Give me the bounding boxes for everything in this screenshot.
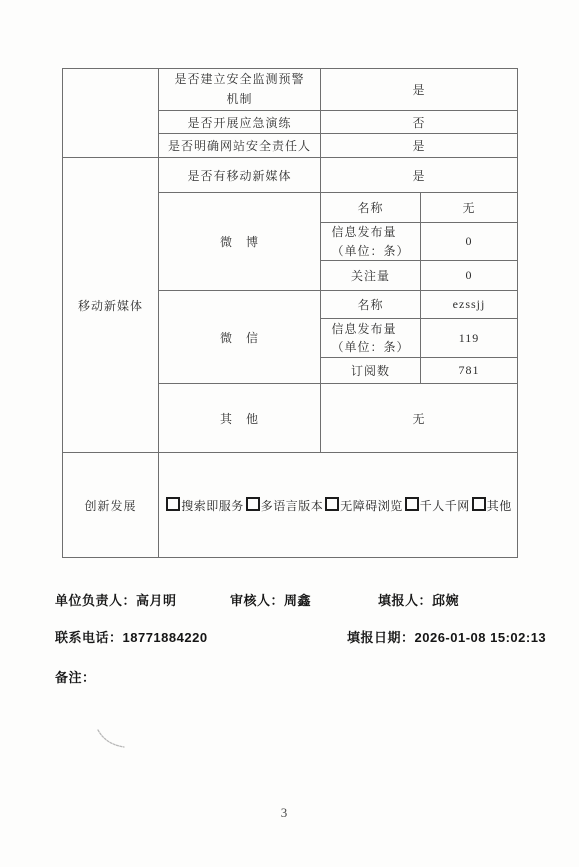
section-label-mobile-media: 移动新媒体 xyxy=(63,158,159,453)
unit-head-field: 单位负责人：高月明 xyxy=(55,590,177,609)
phone-field: 联系电话：18771884220 xyxy=(55,627,208,646)
phone-label: 联系电话： xyxy=(55,630,123,645)
wechat-posts-label: 信息发布量 （单位：条） xyxy=(321,319,421,358)
wechat-posts-value: 119 xyxy=(421,319,518,358)
wechat-label: 微 信 xyxy=(159,291,321,384)
unit-head-label: 单位负责人： xyxy=(55,593,136,608)
page-number: 3 xyxy=(270,805,298,821)
innovation-options-cell: 搜索即服务多语言版本无障碍浏览千人千网其他 xyxy=(159,453,518,558)
answer-emergency-drill: 否 xyxy=(321,111,518,134)
weibo-posts-value: 0 xyxy=(421,223,518,261)
weibo-followers-value: 0 xyxy=(421,261,518,291)
innovation-option-label: 千人千网 xyxy=(420,499,470,513)
weibo-followers-label: 关注量 xyxy=(321,261,421,291)
section-label-empty xyxy=(63,69,159,158)
wechat-subscribers-label: 订阅数 xyxy=(321,358,421,384)
weibo-name-label: 名称 xyxy=(321,193,421,223)
innovation-option-label: 多语言版本 xyxy=(261,499,324,513)
question-monitor-warning-label: 是否建立安全监测预警机制 xyxy=(170,70,310,108)
fill-date-label: 填报日期： xyxy=(347,630,415,645)
other-media-label: 其 他 xyxy=(159,384,321,453)
wechat-subscribers-value: 781 xyxy=(421,358,518,384)
filler-field: 填报人：邱婉 xyxy=(378,590,459,609)
checkbox-unchecked-icon xyxy=(325,497,339,511)
report-page: 是否建立安全监测预警机制 是 是否开展应急演练 否 是否明确网站安全责任人 是 … xyxy=(0,0,579,867)
innovation-option-label: 无障碍浏览 xyxy=(340,499,403,513)
innovation-options-row: 搜索即服务多语言版本无障碍浏览千人千网其他 xyxy=(164,499,512,513)
wechat-posts-label-line1: 信息发布量 xyxy=(331,320,409,339)
weibo-label: 微 博 xyxy=(159,193,321,291)
pen-scribble-mark xyxy=(94,724,130,754)
reviewer-value: 周鑫 xyxy=(284,593,311,608)
wechat-name-value: ezssjj xyxy=(421,291,518,319)
filler-value: 邱婉 xyxy=(432,593,459,608)
filler-label: 填报人： xyxy=(378,593,432,608)
weibo-posts-label-line1: 信息发布量 xyxy=(331,223,409,242)
question-security-officer: 是否明确网站安全责任人 xyxy=(159,134,321,158)
answer-security-officer: 是 xyxy=(321,134,518,158)
section-label-innovation: 创新发展 xyxy=(63,453,159,558)
weibo-posts-label: 信息发布量 （单位：条） xyxy=(321,223,421,261)
weibo-name-value: 无 xyxy=(421,193,518,223)
question-emergency-drill: 是否开展应急演练 xyxy=(159,111,321,134)
fill-date-field: 填报日期：2026-01-08 15:02:13 xyxy=(347,627,546,646)
checkbox-unchecked-icon xyxy=(472,497,486,511)
question-monitor-warning: 是否建立安全监测预警机制 xyxy=(159,69,321,111)
innovation-option-label: 其他 xyxy=(487,499,512,513)
unit-head-value: 高月明 xyxy=(136,593,177,608)
wechat-posts-label-line2: （单位：条） xyxy=(331,338,409,357)
question-has-mobile-media: 是否有移动新媒体 xyxy=(159,158,321,193)
weibo-posts-label-line2: （单位：条） xyxy=(331,242,409,261)
checkbox-unchecked-icon xyxy=(246,497,260,511)
remark-field: 备注： xyxy=(55,667,96,686)
answer-has-mobile-media: 是 xyxy=(321,158,518,193)
annual-report-table: 是否建立安全监测预警机制 是 是否开展应急演练 否 是否明确网站安全责任人 是 … xyxy=(62,68,518,558)
other-media-value: 无 xyxy=(321,384,518,453)
checkbox-unchecked-icon xyxy=(405,497,419,511)
phone-value: 18771884220 xyxy=(123,630,208,645)
wechat-name-label: 名称 xyxy=(321,291,421,319)
reviewer-field: 审核人：周鑫 xyxy=(230,590,311,609)
checkbox-unchecked-icon xyxy=(166,497,180,511)
reviewer-label: 审核人： xyxy=(230,593,284,608)
answer-monitor-warning: 是 xyxy=(321,69,518,111)
innovation-option-label: 搜索即服务 xyxy=(181,499,244,513)
fill-date-value: 2026-01-08 15:02:13 xyxy=(415,630,547,645)
